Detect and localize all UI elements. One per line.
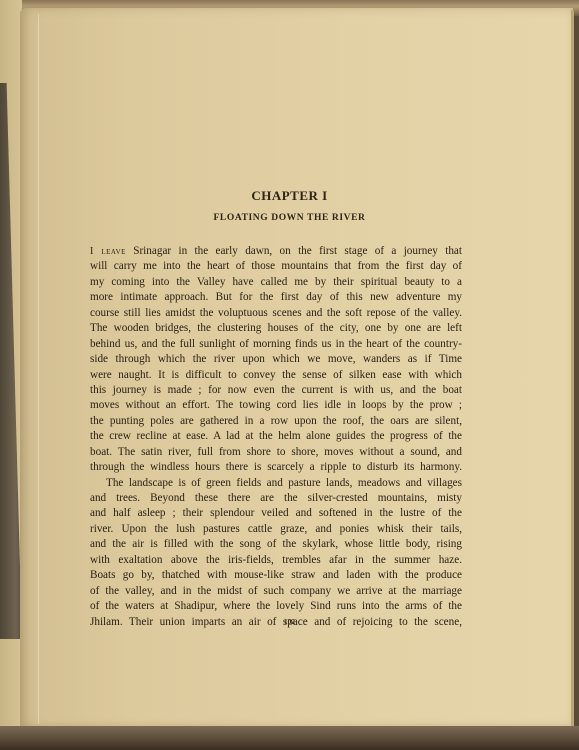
text-line: more intimate approach. But for the firs… — [90, 290, 462, 305]
page-number: 102 — [0, 617, 579, 626]
text-line: side through which the river upon which … — [90, 352, 462, 367]
body-text: I leave Srinagar in the early dawn, on t… — [90, 244, 462, 630]
text-line: this journey is made ; for now even the … — [90, 383, 462, 398]
lead-word: I leave — [90, 246, 126, 257]
text-line: Boats go by, thatched with mouse-like st… — [90, 568, 462, 583]
wooden-surface-bottom — [0, 726, 579, 750]
text-line: with exaltation above the iris-fields, t… — [90, 553, 462, 568]
text-line: and the air is filled with the song of t… — [90, 537, 462, 552]
chapter-title: FLOATING DOWN THE RIVER — [0, 213, 579, 223]
text-line: my coming into the Valley have called me… — [90, 275, 462, 290]
text-line: behind us, and the full sunlight of morn… — [90, 337, 462, 352]
text-line: will carry me into the heart of those mo… — [90, 259, 462, 274]
text-line: The landscape is of green fields and pas… — [90, 476, 462, 491]
chapter-heading: CHAPTER I — [0, 188, 579, 204]
text-line: moves without an effort. The towing cord… — [90, 398, 462, 413]
text-line: the crew recline at ease. A lad at the h… — [90, 429, 462, 444]
text-line: boat. The satin river, full from shore t… — [90, 445, 462, 460]
text-line: I leave Srinagar in the early dawn, on t… — [90, 244, 462, 259]
text-line: The wooden bridges, the clustering house… — [90, 321, 462, 336]
text-line: and trees. Beyond these there are the si… — [90, 491, 462, 506]
text-line: of the valley, and in the midst of such … — [90, 584, 462, 599]
text-line: the punting poles are gathered in a row … — [90, 414, 462, 429]
text-line: course still lies amidst the voluptuous … — [90, 306, 462, 321]
text-line: through the windless hours there is scar… — [90, 460, 462, 475]
text-line: river. Upon the lush pastures cattle gra… — [90, 522, 462, 537]
text-line: and half asleep ; their splendour veiled… — [90, 506, 462, 521]
text-line: were naught. It is difficult to convey t… — [90, 368, 462, 383]
text-line: of the waters at Shadipur, where the lov… — [90, 599, 462, 614]
